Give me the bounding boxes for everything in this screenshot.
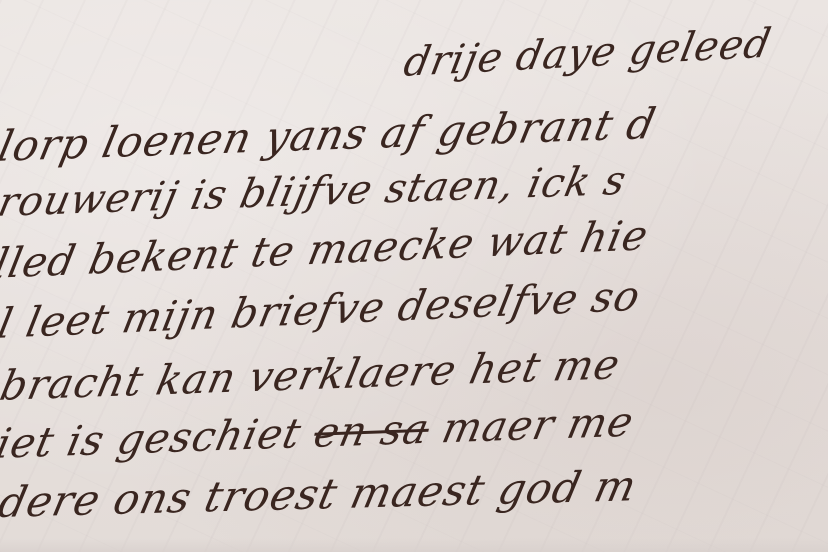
line-7-text-after: maer me [424,397,639,453]
paper-bottom-edge [0,538,828,552]
struck-through-text: en sa [310,405,434,457]
